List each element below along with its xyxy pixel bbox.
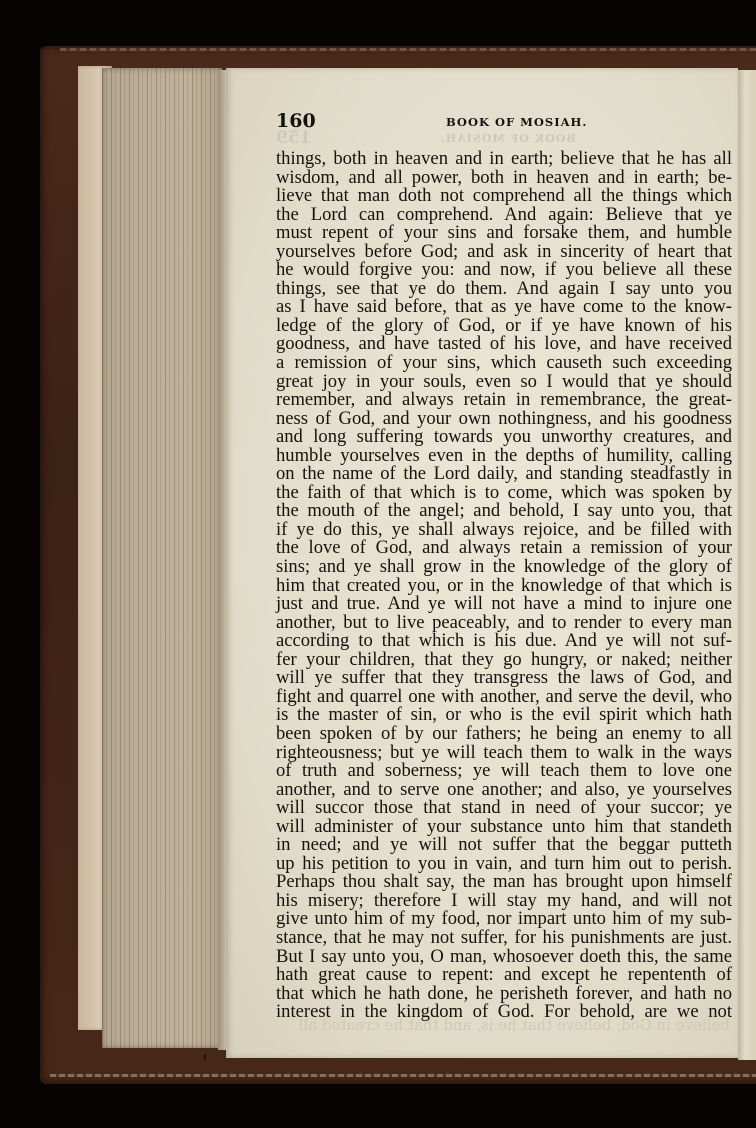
text-line: will succor those that stand in need of … bbox=[276, 799, 732, 818]
text-line: just and true. And ye will not have a mi… bbox=[276, 595, 732, 614]
page-body-text: things, both in heaven and in earth; bel… bbox=[276, 150, 732, 1022]
running-head-title: BOOK OF MOSIAH. bbox=[446, 115, 587, 129]
page-number: 160 bbox=[276, 110, 316, 132]
text-line: interest in the kingdom of God. For beho… bbox=[276, 1003, 732, 1022]
text-line: of truth and soberness; ye will teach th… bbox=[276, 762, 732, 781]
text-line: hath great cause to repent: and except h… bbox=[276, 966, 732, 985]
running-head: 160 BOOK OF MOSIAH. bbox=[276, 110, 736, 134]
text-line: been spoken of by our fathers; he being … bbox=[276, 725, 732, 744]
facing-page-edge bbox=[738, 70, 756, 1060]
text-line: must repent of your sins and forsake the… bbox=[276, 224, 732, 243]
cover-edge-bottom bbox=[50, 1074, 756, 1077]
text-line: remember, and always retain in remembran… bbox=[276, 391, 732, 410]
text-line: things, both in heaven and in earth; bel… bbox=[276, 150, 732, 169]
text-line: stance, that he may not suffer, for his … bbox=[276, 929, 732, 948]
text-line: according to that which is his due. And … bbox=[276, 632, 732, 651]
text-line: lieve that man doth not comprehend all t… bbox=[276, 187, 732, 206]
ink-mark bbox=[204, 1054, 206, 1060]
text-line: a remission of your sins, which causeth … bbox=[276, 354, 732, 373]
text-line: and long suffering towards you unworthy … bbox=[276, 428, 732, 447]
cover-edge-top bbox=[60, 48, 756, 51]
text-line: in need; and ye will not suffer that the… bbox=[276, 836, 732, 855]
page-block-edges bbox=[102, 68, 222, 1048]
text-line: sins; and ye shall grow in the knowledge… bbox=[276, 558, 732, 577]
